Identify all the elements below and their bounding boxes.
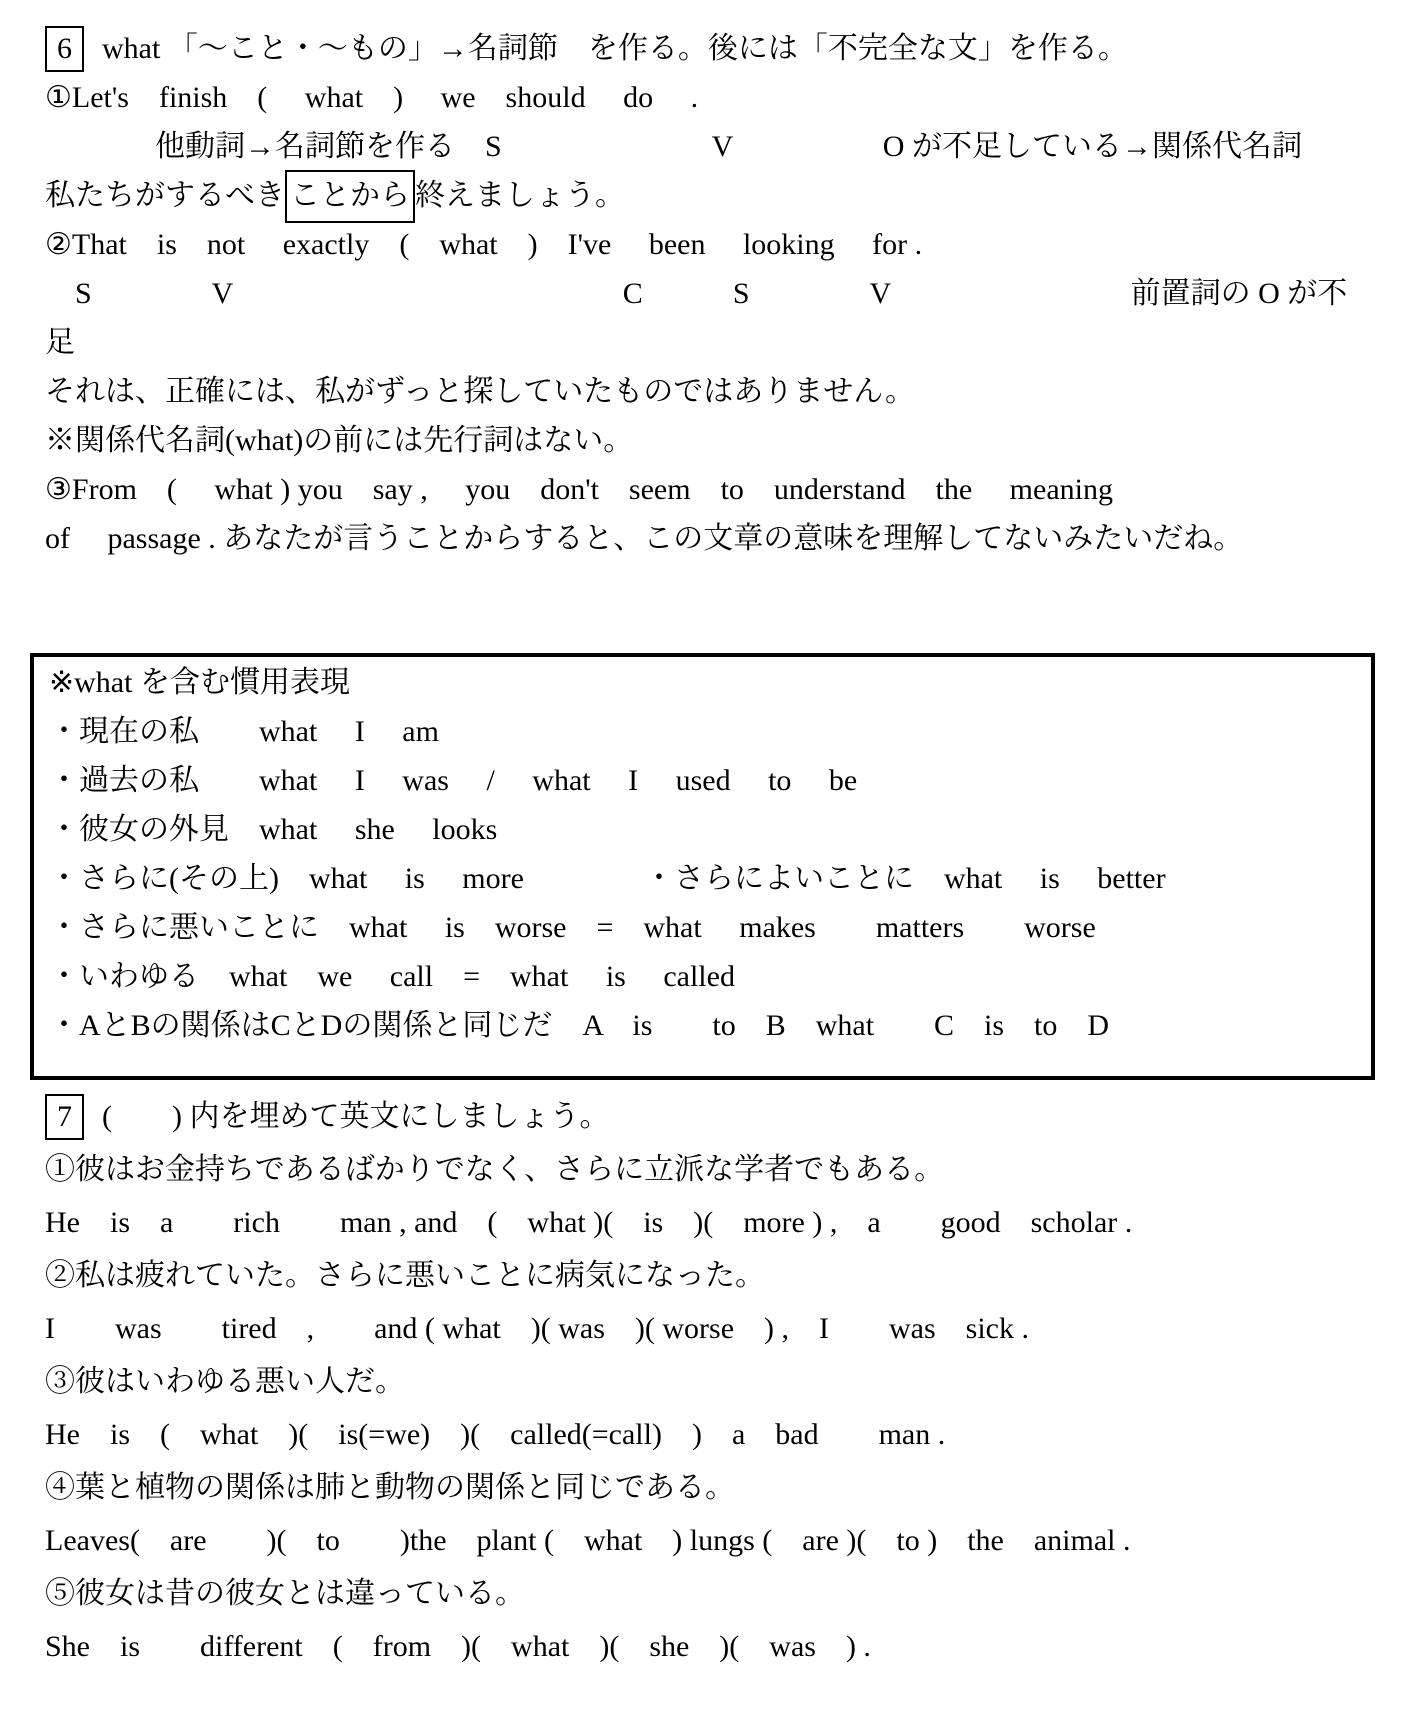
idiom-item: ・さらに悪いことに what is worse = what makes mat… <box>49 903 1371 952</box>
idiom-item: ・AとBの関係はCとDの関係と同じだ A is to B what C is t… <box>49 1001 1371 1050</box>
problem4-japanese: ④葉と植物の関係は肺と動物の関係と同じである。 <box>45 1461 1376 1514</box>
idiom-item: ・いわゆる what we call = what is called <box>49 952 1371 1001</box>
idiom-item: ・現在の私 what I am <box>49 707 1371 756</box>
idiom-panel: ※what を含む慣用表現 ・現在の私 what I am ・過去の私 what… <box>30 653 1375 1080</box>
idiom-item: ・過去の私 what I was / what I used to be <box>49 756 1371 805</box>
translation1-pre: 私たちがするべき <box>45 179 285 212</box>
section6-note: ※関係代名詞(what)の前には先行詞はない。 <box>45 416 1376 465</box>
section6-heading: 6what 「～こと・～もの」→名詞節 を作る。後には「不完全な文」を作る。 <box>45 24 1376 73</box>
section6-example2: ②That is not exactly ( what ) I've been … <box>45 220 1376 269</box>
translation1-boxed-word: ことから <box>285 170 415 223</box>
section6-annotation2: S V C S V 前置詞の O が不足 <box>45 269 1376 367</box>
problem1-japanese: ①彼はお金持ちであるばかりでなく、さらに立派な学者でもある。 <box>45 1143 1376 1196</box>
idiom-panel-title: ※what を含む慣用表現 <box>49 658 1371 707</box>
problem2-english: I was tired , and ( what )( was )( worse… <box>45 1302 1376 1355</box>
section6-annotation1: 他動詞→名詞節を作る S V O が不足している→関係代名詞 <box>45 122 1376 171</box>
section7-heading: 7( ) 内を埋めて英文にしましょう。 <box>45 1090 1376 1143</box>
section6-example3-line2: of passage . あなたが言うことからすると、この文章の意味を理解してな… <box>45 514 1376 563</box>
translation1-post: 終えましょう。 <box>415 179 625 212</box>
problem5-english: She is different ( from )( what )( she )… <box>45 1620 1376 1673</box>
problem2-japanese: ②私は疲れていた。さらに悪いことに病気になった。 <box>45 1249 1376 1302</box>
problem4-english: Leaves( are )( to )the plant ( what ) lu… <box>45 1514 1376 1567</box>
section6-title: what 「～こと・～もの」→名詞節 を作る。後には「不完全な文」を作る。 <box>102 32 1128 65</box>
section6-example3-line1: ③From ( what ) you say , you don't seem … <box>45 465 1376 514</box>
idiom-item: ・さらに(その上) what is more ・さらによいことに what is… <box>49 854 1371 903</box>
section6-number-box: 6 <box>45 26 84 72</box>
section7-number-box: 7 <box>45 1094 84 1140</box>
problem1-english: He is a rich man , and ( what )( is )( m… <box>45 1196 1376 1249</box>
problem3-japanese: ③彼はいわゆる悪い人だ。 <box>45 1355 1376 1408</box>
section6-translation2: それは、正確には、私がずっと探していたものではありません。 <box>45 367 1376 416</box>
section6-translation1: 私たちがするべきことから終えましょう。 <box>45 171 1376 220</box>
problem3-english: He is ( what )( is(=we) )( called(=call)… <box>45 1408 1376 1461</box>
problem5-japanese: ⑤彼女は昔の彼女とは違っている。 <box>45 1567 1376 1620</box>
worksheet-page: 6what 「～こと・～もの」→名詞節 を作る。後には「不完全な文」を作る。 ①… <box>0 0 1404 1673</box>
idiom-item: ・彼女の外見 what she looks <box>49 805 1371 854</box>
section7-title: ( ) 内を埋めて英文にしましょう。 <box>102 1100 609 1133</box>
section6-example1: ①Let's finish ( what ) we should do . <box>45 73 1376 122</box>
